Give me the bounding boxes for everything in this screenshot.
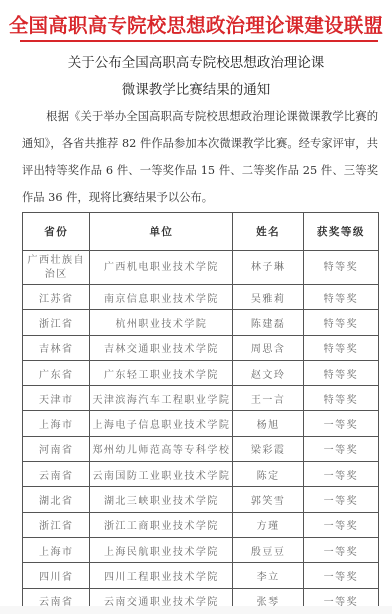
cell-unit: 四川工程职业技术学院 [90, 563, 233, 588]
page-bottom-margin [0, 606, 392, 614]
cell-unit: 天津滨海汽车工程职业学院 [90, 386, 233, 411]
cell-award: 一等奖 [303, 537, 378, 562]
table-row: 四川省 四川工程职业技术学院 李立 一等奖 [23, 563, 379, 588]
cell-award: 一等奖 [303, 436, 378, 461]
cell-unit: 湖北三峡职业技术学院 [90, 487, 233, 512]
table-row: 浙江省 浙江工商职业技术学院 方瑾 一等奖 [23, 512, 379, 537]
cell-award: 特等奖 [303, 285, 378, 310]
table-row: 天津市 天津滨海汽车工程职业学院 王一言 特等奖 [23, 386, 379, 411]
cell-name: 陈建磊 [233, 310, 303, 335]
cell-unit: 云南国防工业职业技术学院 [90, 462, 233, 487]
header-province: 省份 [23, 213, 90, 251]
cell-province: 上海市 [23, 411, 90, 436]
cell-province: 上海市 [23, 537, 90, 562]
table-row: 河南省 郑州幼儿师范高等专科学校 梁彩霞 一等奖 [23, 436, 379, 461]
table-row: 浙江省 杭州职业技术学院 陈建磊 特等奖 [23, 310, 379, 335]
cell-province: 浙江省 [23, 310, 90, 335]
cell-province: 河南省 [23, 436, 90, 461]
cell-province: 广东省 [23, 360, 90, 385]
cell-province: 江苏省 [23, 285, 90, 310]
cell-award: 一等奖 [303, 563, 378, 588]
cell-award: 特等奖 [303, 251, 378, 285]
cell-province: 浙江省 [23, 512, 90, 537]
cell-name: 郭笑雪 [233, 487, 303, 512]
cell-name: 梁彩霞 [233, 436, 303, 461]
cell-province: 广西壮族自治区 [23, 251, 90, 285]
cell-name: 李立 [233, 563, 303, 588]
table-row: 云南省 云南国防工业职业技术学院 陈定 一等奖 [23, 462, 379, 487]
cell-unit: 浙江工商职业技术学院 [90, 512, 233, 537]
cell-award: 特等奖 [303, 386, 378, 411]
cell-name: 吴雅莉 [233, 285, 303, 310]
cell-award: 一等奖 [303, 411, 378, 436]
notice-title-line2: 微课教学比赛结果的通知 [0, 81, 392, 99]
table-row: 广东省 广东轻工职业技术学院 赵文玲 特等奖 [23, 360, 379, 385]
alliance-banner-title: 全国高职高专院校思想政治理论课建设联盟 [0, 14, 392, 38]
notice-body-paragraph: 根据《关于举办全国高职高专院校思想政治理论课微课教学比赛的通知》，各省共推荐 8… [22, 103, 378, 211]
cell-award: 一等奖 [303, 462, 378, 487]
table-row: 广西壮族自治区 广西机电职业技术学院 林子琳 特等奖 [23, 251, 379, 285]
cell-province: 湖北省 [23, 487, 90, 512]
table-header-row: 省份 单位 姓名 获奖等级 [23, 213, 379, 251]
cell-unit: 吉林交通职业技术学院 [90, 335, 233, 360]
header-award: 获奖等级 [303, 213, 378, 251]
results-table: 省份 单位 姓名 获奖等级 广西壮族自治区 广西机电职业技术学院 林子琳 特等奖… [22, 212, 379, 614]
cell-award: 特等奖 [303, 360, 378, 385]
cell-name: 周思含 [233, 335, 303, 360]
cell-name: 殷豆豆 [233, 537, 303, 562]
cell-name: 陈定 [233, 462, 303, 487]
banner-underline [20, 40, 378, 42]
cell-name: 方瑾 [233, 512, 303, 537]
cell-unit: 南京信息职业技术学院 [90, 285, 233, 310]
cell-unit: 郑州幼儿师范高等专科学校 [90, 436, 233, 461]
cell-award: 特等奖 [303, 310, 378, 335]
cell-unit: 上海电子信息职业技术学院 [90, 411, 233, 436]
cell-award: 一等奖 [303, 487, 378, 512]
header-name: 姓名 [233, 213, 303, 251]
cell-name: 林子琳 [233, 251, 303, 285]
cell-name: 赵文玲 [233, 360, 303, 385]
notice-body-text: 根据《关于举办全国高职高专院校思想政治理论课微课教学比赛的通知》，各省共推荐 8… [22, 110, 378, 204]
table-row: 上海市 上海民航职业技术学院 殷豆豆 一等奖 [23, 537, 379, 562]
table-row: 吉林省 吉林交通职业技术学院 周思含 特等奖 [23, 335, 379, 360]
header-unit: 单位 [90, 213, 233, 251]
table-row: 湖北省 湖北三峡职业技术学院 郭笑雪 一等奖 [23, 487, 379, 512]
cell-name: 王一言 [233, 386, 303, 411]
cell-unit: 广西机电职业技术学院 [90, 251, 233, 285]
notice-title-line1: 关于公布全国高职高专院校思想政治理论课 [0, 54, 392, 72]
cell-province: 吉林省 [23, 335, 90, 360]
cell-unit: 上海民航职业技术学院 [90, 537, 233, 562]
cell-unit: 广东轻工职业技术学院 [90, 360, 233, 385]
table-row: 上海市 上海电子信息职业技术学院 杨旭 一等奖 [23, 411, 379, 436]
cell-award: 特等奖 [303, 335, 378, 360]
cell-province: 天津市 [23, 386, 90, 411]
cell-province: 云南省 [23, 462, 90, 487]
table-row: 江苏省 南京信息职业技术学院 吴雅莉 特等奖 [23, 285, 379, 310]
cell-award: 一等奖 [303, 512, 378, 537]
cell-name: 杨旭 [233, 411, 303, 436]
cell-unit: 杭州职业技术学院 [90, 310, 233, 335]
cell-province: 四川省 [23, 563, 90, 588]
